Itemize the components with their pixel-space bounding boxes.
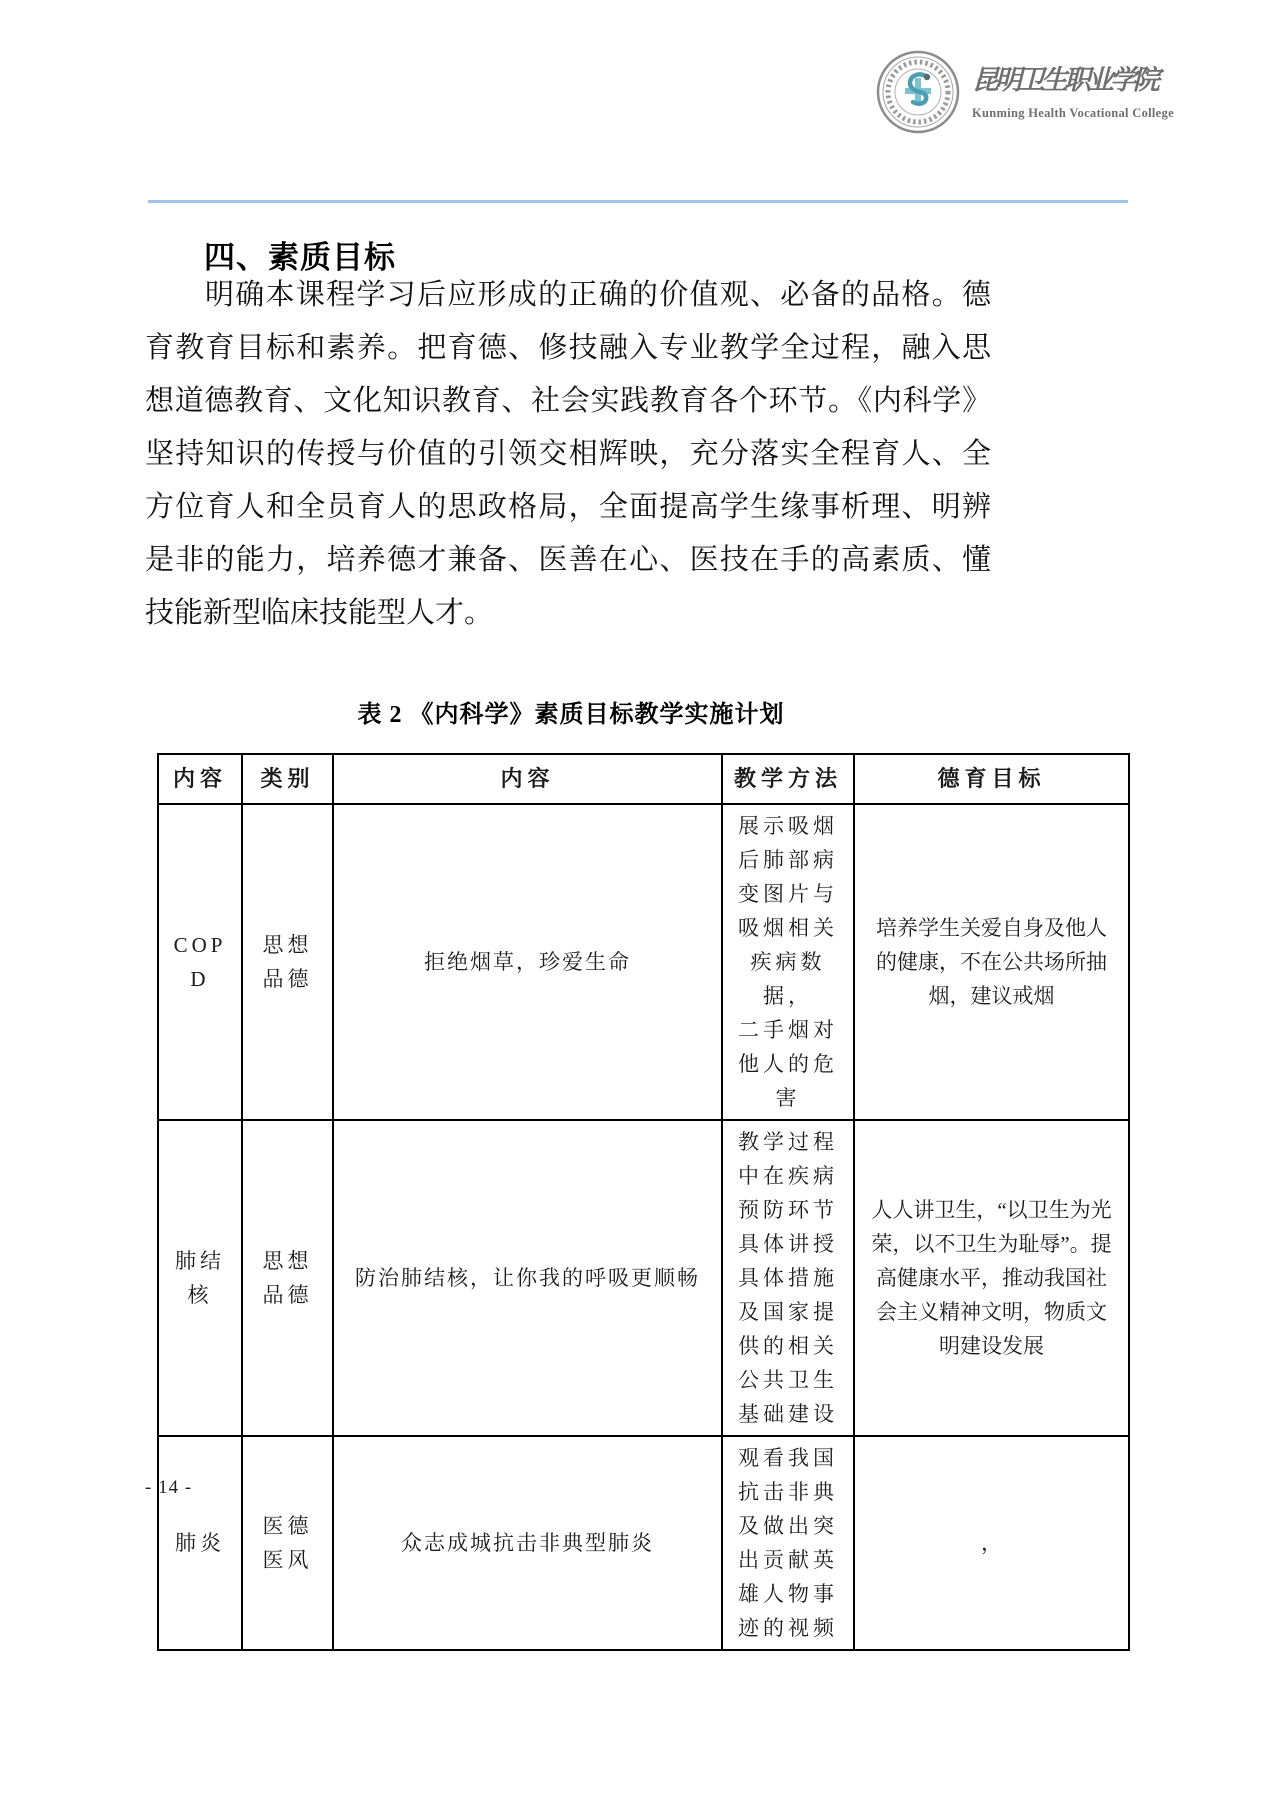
plan-table: 内容 类别 内容 教学方法 德育目标 COP D 思想 品德 拒绝烟草，珍爱生命… bbox=[157, 753, 1130, 1651]
column-header-category: 类别 bbox=[242, 754, 333, 804]
cell-moral-goal: ， bbox=[854, 1436, 1129, 1650]
cell-method: 展示吸烟 后肺部病 变图片与 吸烟相关 疾病数据， 二手烟对 他人的危 害 bbox=[722, 804, 854, 1120]
cell-content: 防治肺结核，让你我的呼吸更顺畅 bbox=[333, 1120, 722, 1436]
table-caption: 表 2 《内科学》素质目标教学实施计划 bbox=[148, 694, 994, 729]
cell-moral-goal: 人人讲卫生，“以卫生为光 荣，以不卫生为耻辱”。提 高健康水平，推动我国社 会主… bbox=[854, 1120, 1129, 1436]
column-header-moral-goal: 德育目标 bbox=[854, 754, 1129, 804]
paragraph-line: 育教育目标和素养。把育德、修技融入专业教学全过程，融入思 bbox=[145, 322, 991, 375]
paragraph-line: 方位育人和全员育人的思政格局，全面提高学生缘事析理、明辨 bbox=[145, 481, 991, 534]
college-name: 昆明卫生职业学院 Kunming Health Vocational Colle… bbox=[972, 50, 1174, 121]
cell-content: 拒绝烟草，珍爱生命 bbox=[333, 804, 722, 1120]
college-logo: 昆明卫生职业学院 Kunming Health Vocational Colle… bbox=[876, 50, 1174, 134]
column-header-topic: 内容 bbox=[158, 754, 242, 804]
column-header-method: 教学方法 bbox=[722, 754, 854, 804]
cell-topic: 肺炎 bbox=[158, 1436, 242, 1650]
cell-category: 思想 品德 bbox=[242, 1120, 333, 1436]
cell-topic: COP D bbox=[158, 804, 242, 1120]
table-header-row: 内容 类别 内容 教学方法 德育目标 bbox=[158, 754, 1129, 804]
page-number: - 14 - bbox=[145, 1477, 192, 1499]
table-row: 肺结 核 思想 品德 防治肺结核，让你我的呼吸更顺畅 教学过程 中在疾病 预防环… bbox=[158, 1120, 1129, 1436]
paragraph-line: 是非的能力，培养德才兼备、医善在心、医技在手的高素质、懂 bbox=[145, 534, 991, 587]
document-page: 昆明卫生职业学院 Kunming Health Vocational Colle… bbox=[0, 0, 1274, 1801]
cell-method: 观看我国 抗击非典 及做出突 出贡献英 雄人物事 迹的视频 bbox=[722, 1436, 854, 1650]
college-seal-icon bbox=[876, 50, 960, 134]
paragraph-line: 想道德教育、文化知识教育、社会实践教育各个环节。《内科学》 bbox=[145, 375, 991, 428]
header-rule bbox=[148, 200, 1128, 203]
cell-topic: 肺结 核 bbox=[158, 1120, 242, 1436]
body-paragraph: 明确本课程学习后应形成的正确的价值观、必备的品格。德 育教育目标和素养。把育德、… bbox=[145, 269, 991, 640]
table-row: 肺炎 医德 医风 众志成城抗击非典型肺炎 观看我国 抗击非典 及做出突 出贡献英… bbox=[158, 1436, 1129, 1650]
table-row: COP D 思想 品德 拒绝烟草，珍爱生命 展示吸烟 后肺部病 变图片与 吸烟相… bbox=[158, 804, 1129, 1120]
paragraph-line: 坚持知识的传授与价值的引领交相辉映，充分落实全程育人、全 bbox=[145, 428, 991, 481]
cell-content: 众志成城抗击非典型肺炎 bbox=[333, 1436, 722, 1650]
college-name-en: Kunming Health Vocational College bbox=[972, 106, 1174, 121]
column-header-content: 内容 bbox=[333, 754, 722, 804]
cell-category: 思想 品德 bbox=[242, 804, 333, 1120]
paragraph-line: 技能新型临床技能型人才。 bbox=[145, 587, 991, 640]
paragraph-line: 明确本课程学习后应形成的正确的价值观、必备的品格。德 bbox=[145, 269, 991, 322]
college-name-cn: 昆明卫生职业学院 bbox=[972, 58, 1174, 97]
cell-category: 医德 医风 bbox=[242, 1436, 333, 1650]
cell-method: 教学过程 中在疾病 预防环节 具体讲授 具体措施 及国家提 供的相关 公共卫生 … bbox=[722, 1120, 854, 1436]
cell-moral-goal: 培养学生关爱自身及他人 的健康，不在公共场所抽 烟，建议戒烟 bbox=[854, 804, 1129, 1120]
